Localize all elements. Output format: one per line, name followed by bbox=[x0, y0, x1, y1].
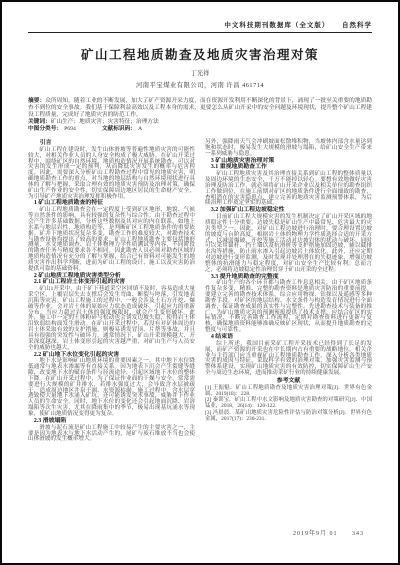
body-paragraph: 矿山工程地质灾害及其治理直接关系到矿山工程的整体质量以及周边环境的生态安全，千万… bbox=[205, 172, 372, 207]
author-name: 丁光祥 bbox=[28, 68, 372, 77]
section-heading-4: 4 结束语 bbox=[205, 335, 372, 341]
abstract-text: 众所周知，随着工业的不断发展，加大了矿产资源开采力度，而在资源开发利用不断深化的… bbox=[28, 98, 372, 118]
reference-item: [1] 王振魁．矿山工程地质勘查及地质灾害治理对策[J]．世界有色金属，2019… bbox=[205, 386, 372, 398]
body-paragraph: 矿山生产的各个环节都与勘查工作息息相关，由于矿区地质条件复杂多变，精准、完整的勘… bbox=[205, 281, 372, 334]
doc-code-label: 文献标识码： bbox=[102, 126, 136, 132]
abstract-label: 摘要： bbox=[28, 98, 45, 104]
database-name-label: 中文科技期刊数据库（全文版） bbox=[224, 22, 329, 29]
page-content: 中文科技期刊数据库（全文版） 自然科学 矿山工程地质勘查及地质灾害治理对策 丁光… bbox=[28, 20, 372, 444]
clc-label: 中图分类号： bbox=[28, 126, 62, 132]
body-paragraph: 矿山1开采中，由于矿下巷道采空区回填不及时，容易造成大量采空区，上覆岩层失去支撑… bbox=[28, 287, 195, 351]
footer-issue-date: 2019年9月 01 bbox=[293, 531, 338, 537]
abstract-block: 摘要：众所周知，随着工业的不断发展，加大了矿产资源开采力度，而在资源开发利用不断… bbox=[28, 98, 372, 119]
reference-item: [2] 秦训宝．矿山工程中水文影响及地质灾害勘查的对策研究[J]．中国锰业，20… bbox=[205, 398, 372, 410]
page-footer: 2019年9月 01 343 bbox=[293, 528, 364, 537]
references-heading: 参考文献 bbox=[205, 379, 372, 385]
classification-block: 中图分类号：P694文献标识码：A bbox=[28, 126, 372, 133]
footer-page-number: 343 bbox=[352, 531, 364, 537]
body-paragraph: 目前矿山工程大规模灾害的发生机制决定了矿山开采区域的地质稳定性十分重要，边坡失稳… bbox=[205, 215, 372, 273]
body-paragraph: 矿山工程在建设时，发生山体滑坡等普遍性地质灾害的可能性较大，对相关作业人员的人身… bbox=[28, 148, 195, 201]
doc-code-value: A bbox=[138, 126, 142, 132]
keywords-label: 关键词： bbox=[28, 119, 51, 125]
clc-value: P694 bbox=[64, 126, 76, 132]
body-column-right: 另外，强降雨天气会冲刷坡面松散堆积物，当坡体内部含水量达到饱和状态时，极易发生大… bbox=[205, 140, 372, 424]
body-paragraph: 综上所述，我国目前采矿工程开采技术已经得到了长足的发展，而矿产资源的开采也在中长… bbox=[205, 342, 372, 377]
subject-category-label: 自然科学 bbox=[342, 22, 372, 29]
article-title: 矿山工程地质勘查及地质灾害治理对策 bbox=[28, 45, 372, 63]
journal-header: 中文科技期刊数据库（全文版） 自然科学 bbox=[28, 20, 372, 33]
article-meta: 摘要：众所周知，随着工业的不断发展，加大了矿产资源开采力度，而在资源开发利用不断… bbox=[28, 98, 372, 133]
reference-item: [3] 冯晨晨．某矿山地质灾害危险性评估与防治对策分析[J]．世界有色金属，20… bbox=[205, 411, 372, 423]
author-affiliation: 河南平宝煤业有限公司，河南 许昌 461714 bbox=[28, 80, 372, 89]
body-paragraph-continuation: 另外，强降雨天气会冲刷坡面松散堆积物，当坡体内部含水量达到饱和状态时，极易发生大… bbox=[205, 140, 372, 158]
keywords-block: 关键词：矿山生产；地质灾害；灾害特征；治理方法 bbox=[28, 119, 372, 126]
keywords-text: 矿山生产；地质灾害；灾害特征；治理方法 bbox=[51, 119, 159, 125]
section-heading-2-3: 2.3 滑坡塌陷 bbox=[28, 419, 195, 425]
body-paragraph: 滑坡与泥石流是矿山工程施工中较易产生的主要灾害之一，主要是因为地表水与地下水活动… bbox=[28, 426, 195, 444]
body-columns: 引言 矿山工程在建设时，发生山体滑坡等普遍性地质灾害的可能性较大，对相关作业人员… bbox=[28, 140, 372, 444]
body-paragraph: 矿山工程地质勘查会在一定程度上受到矿区地形、地貌、气候等自然条件的影响，具有较强… bbox=[28, 208, 195, 272]
body-paragraph: 地下水是影响矿山地质环境的重要因素之一，其中地下水位降低通常与地表水渗漏等有直接… bbox=[28, 359, 195, 417]
section-heading-intro: 引言 bbox=[28, 141, 195, 147]
body-column-left: 引言 矿山工程在建设时，发生山体滑坡等普遍性地质灾害的可能性较大，对相关作业人员… bbox=[28, 140, 195, 444]
